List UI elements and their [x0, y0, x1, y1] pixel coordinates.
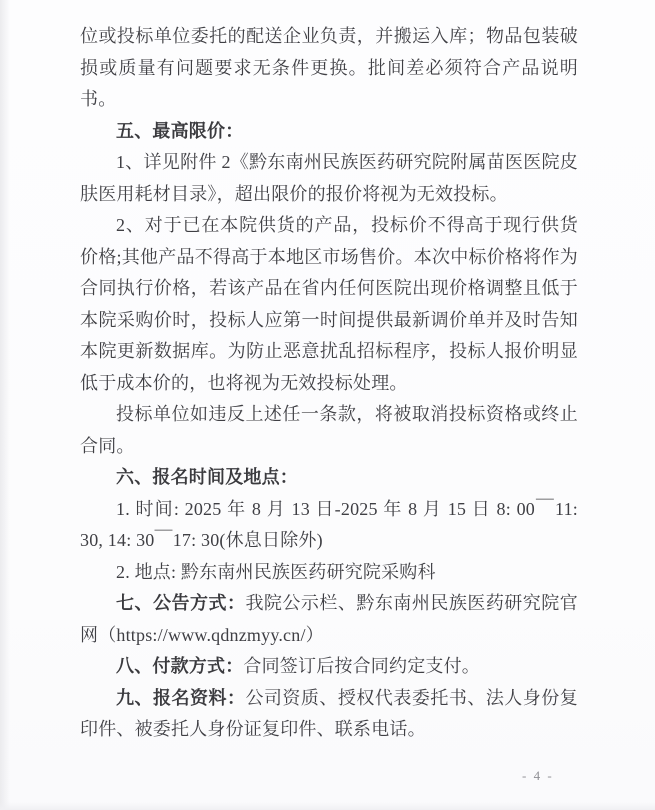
document-body: 位或投标单位委托的配送企业负责，并搬运入库；物品包装破损或质量有问题要求无条件更… — [80, 21, 578, 746]
paragraph-5-1-attachment-catalog: 1、详见附件 2《黔东南州民族医药研究院附属苗医医院皮肤医用耗材目录》，超出限价… — [80, 147, 578, 210]
paragraph-7-announcement-method: 七、公告方式：我院公示栏、黔东南州民族医药研究院官网（https://www.q… — [80, 588, 578, 651]
section-heading-5-max-price: 五、最高限价： — [80, 116, 578, 148]
page-number: - 4 - — [522, 768, 554, 784]
scanned-document-page: 位或投标单位委托的配送企业负责，并搬运入库；物品包装破损或质量有问题要求无条件更… — [0, 0, 655, 810]
section-heading-6-registration-time-place: 六、报名时间及地点： — [80, 462, 578, 494]
paragraph-5-2-price-rules: 2、对于已在本院供货的产品，投标价不得高于现行供货价格;其他产品不得高于本地区市… — [80, 210, 578, 399]
paragraph-9-registration-materials: 九、报名资料：公司资质、授权代表委托书、法人身份复印件、被委托人身份证复印件、联… — [80, 683, 578, 746]
paragraph-6-2-place: 2. 地点: 黔东南州民族医药研究院采购科 — [80, 557, 578, 589]
section-8-text: 合同签订后按合同约定支付。 — [243, 656, 480, 676]
section-heading-8-label: 八、付款方式： — [116, 656, 243, 676]
paragraph-8-payment-method: 八、付款方式：合同签订后按合同约定支付。 — [80, 651, 578, 683]
scan-edge-shadow-bottom — [0, 802, 655, 810]
paragraph-5-3-violation-clause: 投标单位如违反上述任一条款，将被取消投标资格或终止合同。 — [80, 399, 578, 462]
section-heading-7-label: 七、公告方式： — [116, 593, 245, 613]
paragraph-carryover: 位或投标单位委托的配送企业负责，并搬运入库；物品包装破损或质量有问题要求无条件更… — [80, 21, 578, 116]
scan-edge-shadow-left — [0, 0, 10, 810]
section-heading-9-label: 九、报名资料： — [116, 688, 245, 708]
paragraph-6-1-time: 1. 时间: 2025 年 8 月 13 日-2025 年 8 月 15 日 8… — [80, 494, 578, 557]
